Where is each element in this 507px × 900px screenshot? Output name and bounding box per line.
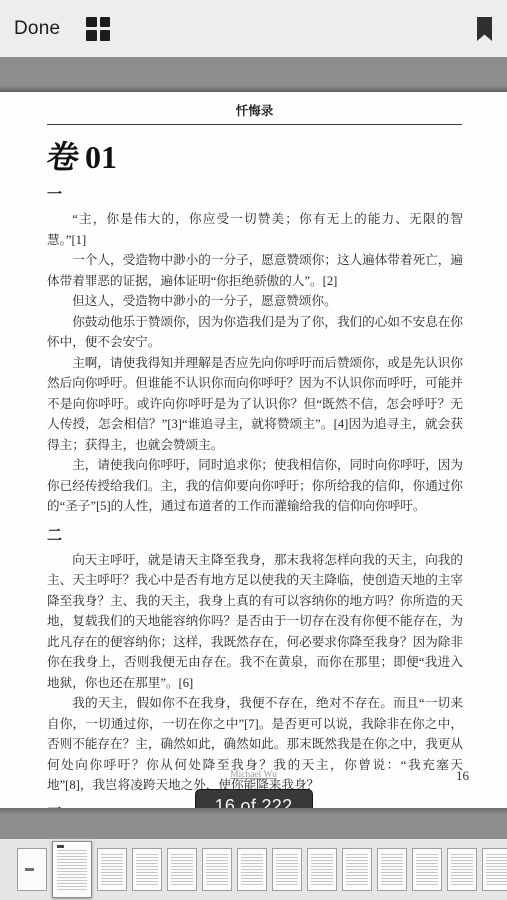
thumbnail-page[interactable] (342, 848, 372, 891)
paragraph: 主啊，请使我得知并理解是否应先向你呼吁而后赞颂你，或是先认识你然后向你呼吁。但谁… (47, 353, 463, 456)
thumbnail-page[interactable] (237, 848, 267, 891)
thumbnail-preview-lines (311, 854, 333, 886)
thumbnail-current-page[interactable] (52, 841, 92, 898)
thumbnail-preview-lines (416, 854, 438, 886)
thumbnail-preview-lines (57, 850, 87, 891)
volume-char: 卷 (44, 138, 81, 176)
bookmark-icon[interactable] (476, 16, 493, 42)
thumbnail-page[interactable] (482, 848, 507, 891)
thumbnail-page[interactable] (447, 848, 477, 891)
thumbnail-grid-icon[interactable] (86, 17, 110, 41)
section-heading: 一 (47, 186, 463, 204)
document-page[interactable]: 忏悔录 卷01 一“主，你是伟大的，你应受一切赞美；你有无上的能力、无限的智慧。… (0, 92, 507, 808)
running-header-title: 忏悔录 (47, 92, 462, 125)
paragraph: 我的天主，假如你不在我身，我便不存在，绝对不存在。而且“一切来自你，一切通过你，… (47, 693, 463, 796)
thumbnail-page[interactable] (412, 848, 442, 891)
thumbnail-preview-lines (381, 854, 403, 886)
thumbnail-page[interactable] (167, 848, 197, 891)
thumbnail-preview-lines (486, 854, 507, 886)
thumbnail-strip[interactable] (0, 839, 507, 900)
paragraph: 你鼓动他乐于赞颂你，因为你造我们是为了你，我们的心如不安息在你怀中，便不会安宁。 (47, 312, 463, 353)
thumbnail-page[interactable] (17, 848, 47, 891)
footer-author: Michael Wu (0, 770, 507, 780)
paragraph: 向天主呼吁，就是请天主降至我身，那末我将怎样向我的天主，向我的主、天主呼吁？我心… (47, 550, 463, 694)
thumbnail-preview-lines (136, 854, 158, 886)
thumbnail-preview-lines (276, 854, 298, 886)
thumbnail-page[interactable] (202, 848, 232, 891)
thumbnail-page[interactable] (97, 848, 127, 891)
thumbnail-preview-lines (206, 854, 228, 886)
top-toolbar: Done (0, 0, 507, 57)
thumbnail-page[interactable] (307, 848, 337, 891)
paragraph: 一个人，受造物中渺小的一分子，愿意赞颂你；这人遍体带着死亡，遍体带着罪恶的证据，… (47, 250, 463, 291)
thumbnail-preview-lines (101, 854, 123, 886)
thumbnail-preview-lines (241, 854, 263, 886)
bottom-gray-bar (0, 808, 507, 839)
paragraph: 主，请使我向你呼吁，同时追求你；使我相信你，同时向你呼吁，因为你已经传授给我们。… (47, 455, 463, 517)
thumbnail-preview-lines (346, 854, 368, 886)
paragraph: “主，你是伟大的，你应受一切赞美；你有无上的能力、无限的智慧。”[1] (47, 209, 463, 250)
section-heading: 二 (47, 527, 463, 545)
paragraph: 但这人，受造物中渺小的一分子，愿意赞颂你。 (47, 291, 463, 312)
footer-page-number: 16 (456, 768, 469, 784)
volume-number: 01 (85, 139, 117, 175)
done-button[interactable]: Done (14, 18, 60, 40)
thumbnail-preview-lines (171, 854, 193, 886)
volume-heading: 卷01 (47, 138, 507, 176)
top-gray-bar (0, 57, 507, 92)
thumbnail-page[interactable] (132, 848, 162, 891)
thumbnail-preview-lines (451, 854, 473, 886)
thumbnail-page[interactable] (272, 848, 302, 891)
page-content: 一“主，你是伟大的，你应受一切赞美；你有无上的能力、无限的智慧。”[1]一个人，… (47, 186, 463, 808)
thumbnail-page[interactable] (377, 848, 407, 891)
